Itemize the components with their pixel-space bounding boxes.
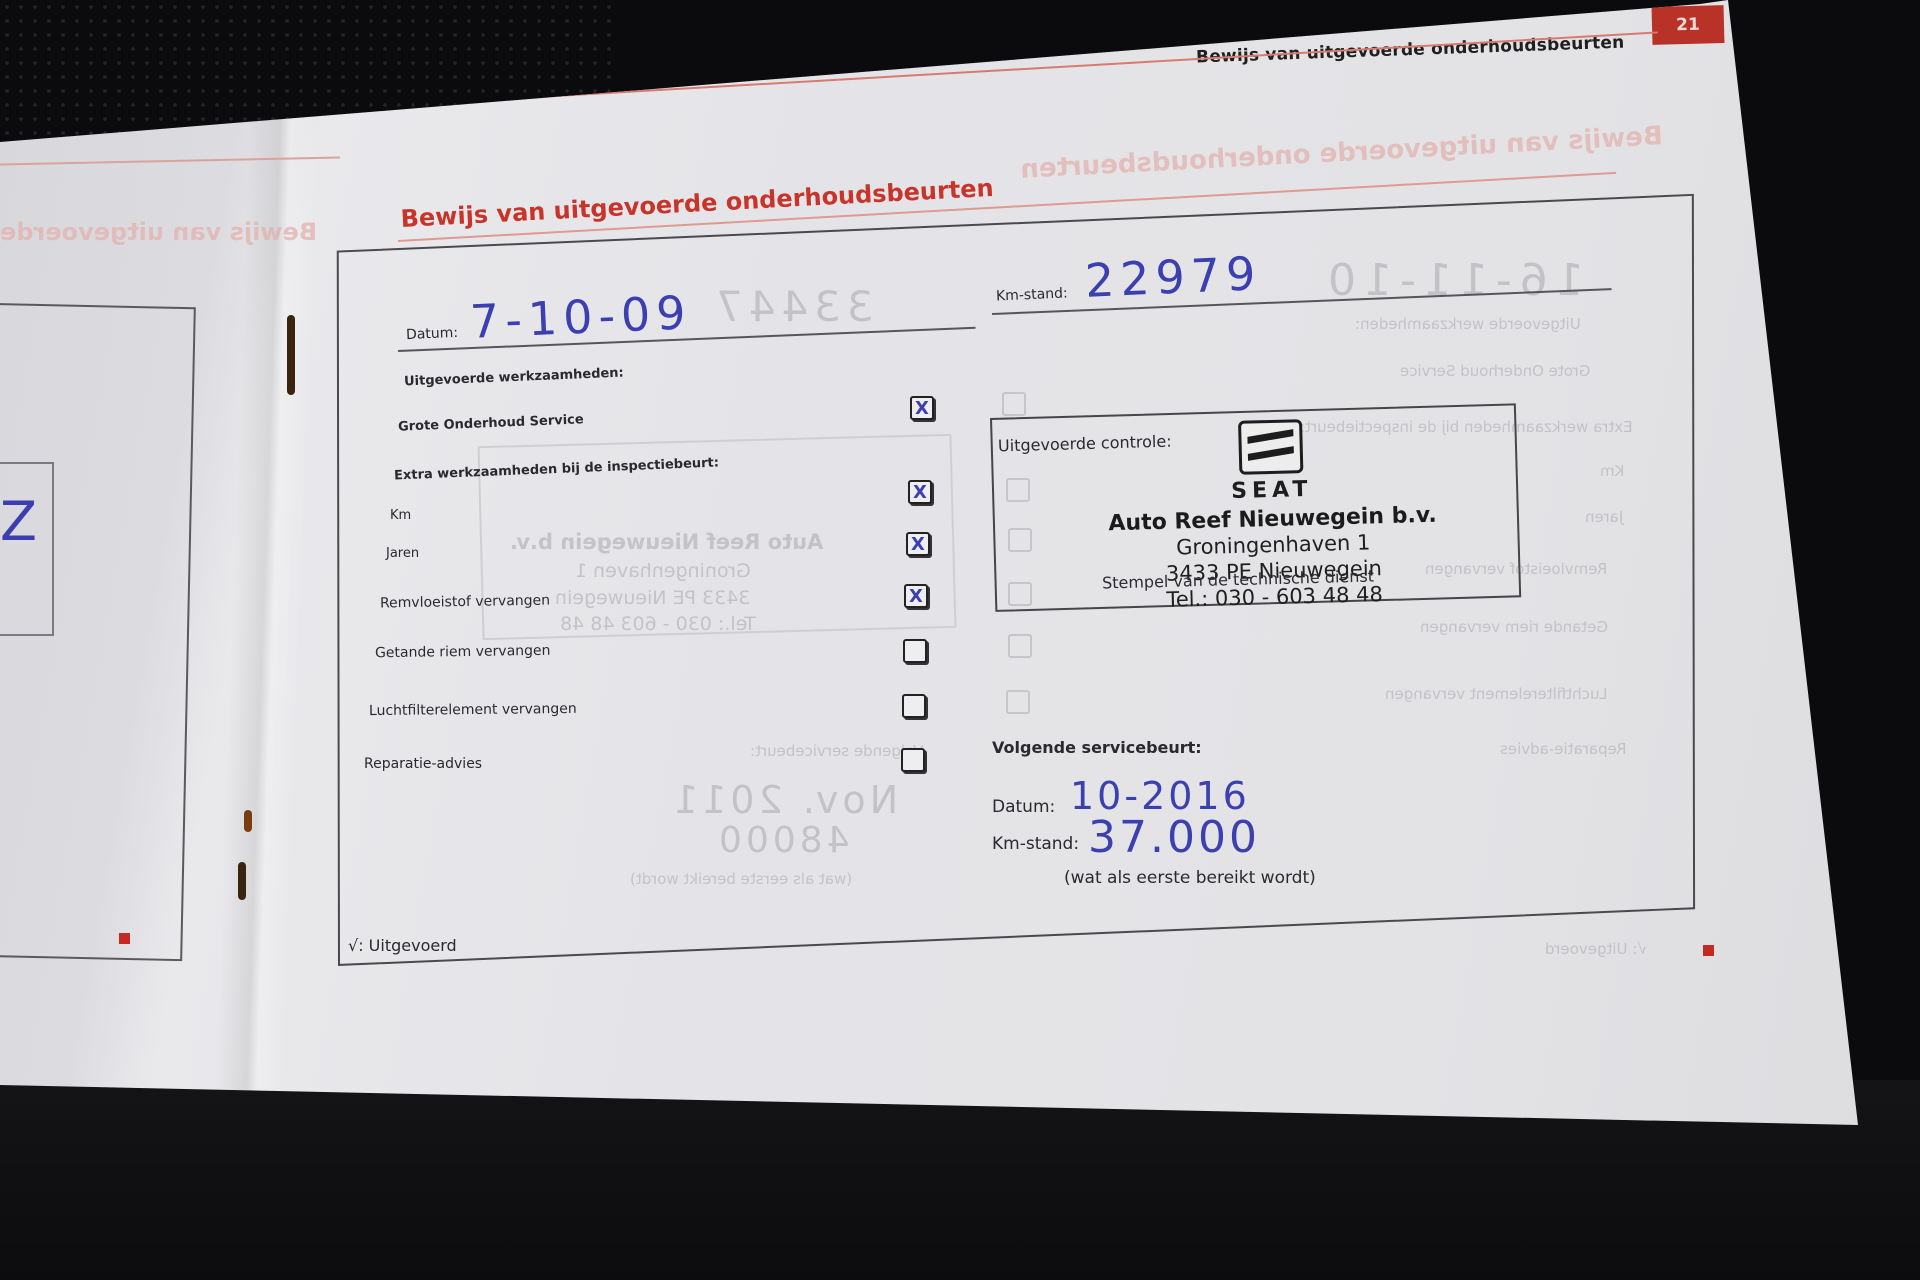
item-checkbox-km[interactable]: X [908,480,932,504]
next-service-km-label: Km-stand: [992,834,1079,854]
check-mark-icon: X [913,482,927,503]
next-service-km-value[interactable]: 37.000 [1088,812,1260,863]
work-heading: Uitgevoerde werkzaamheden: [404,366,624,390]
next-service-heading: Volgende servicebeurt: [992,738,1202,757]
item-label-brake-fluid: Remvloeistof vervangen [380,593,550,612]
seat-logo-icon [1238,419,1303,475]
km-label: Km-stand: [996,285,1068,304]
km-value[interactable]: 22979 [1084,246,1263,308]
item-label-jaren: Jaren [386,546,419,561]
check-mark-icon: X [915,398,929,419]
item-checkbox-jaren[interactable]: X [906,532,930,556]
item-label-km: Km [390,508,411,523]
service-booklet-page: Bewijs van uitgevoerde Z 21 Bewijs van u… [0,0,1920,1280]
main-service-label: Grote Onderhoud Service [398,412,584,434]
legend-performed: √: Uitgevoerd [348,936,457,955]
bleed-checkbox [1006,690,1030,714]
extra-work-heading: Extra werkzaamheden bij de inspectiebeur… [394,455,719,483]
page-end-marker [1703,945,1714,956]
item-label-repair-advice: Reparatie-advies [364,756,482,772]
bleed-checkbox [1008,634,1032,658]
next-service-date-label: Datum: [992,797,1055,817]
item-checkbox-brake-fluid[interactable]: X [904,584,928,608]
bleed-checkbox [1002,392,1026,416]
item-label-timing-belt: Getande riem vervangen [375,643,551,661]
item-checkbox-timing-belt[interactable] [903,639,927,663]
date-label: Datum: [406,325,459,343]
item-checkbox-air-filter[interactable] [902,694,926,718]
check-mark-icon: X [911,534,925,555]
check-mark-icon: X [909,586,923,607]
item-label-air-filter: Luchtfilterelement vervangen [369,701,577,719]
next-service-note: (wat als eerste bereikt wordt) [1064,868,1316,888]
main-service-checkbox[interactable]: X [910,396,934,420]
item-checkbox-repair-advice[interactable] [901,748,925,772]
